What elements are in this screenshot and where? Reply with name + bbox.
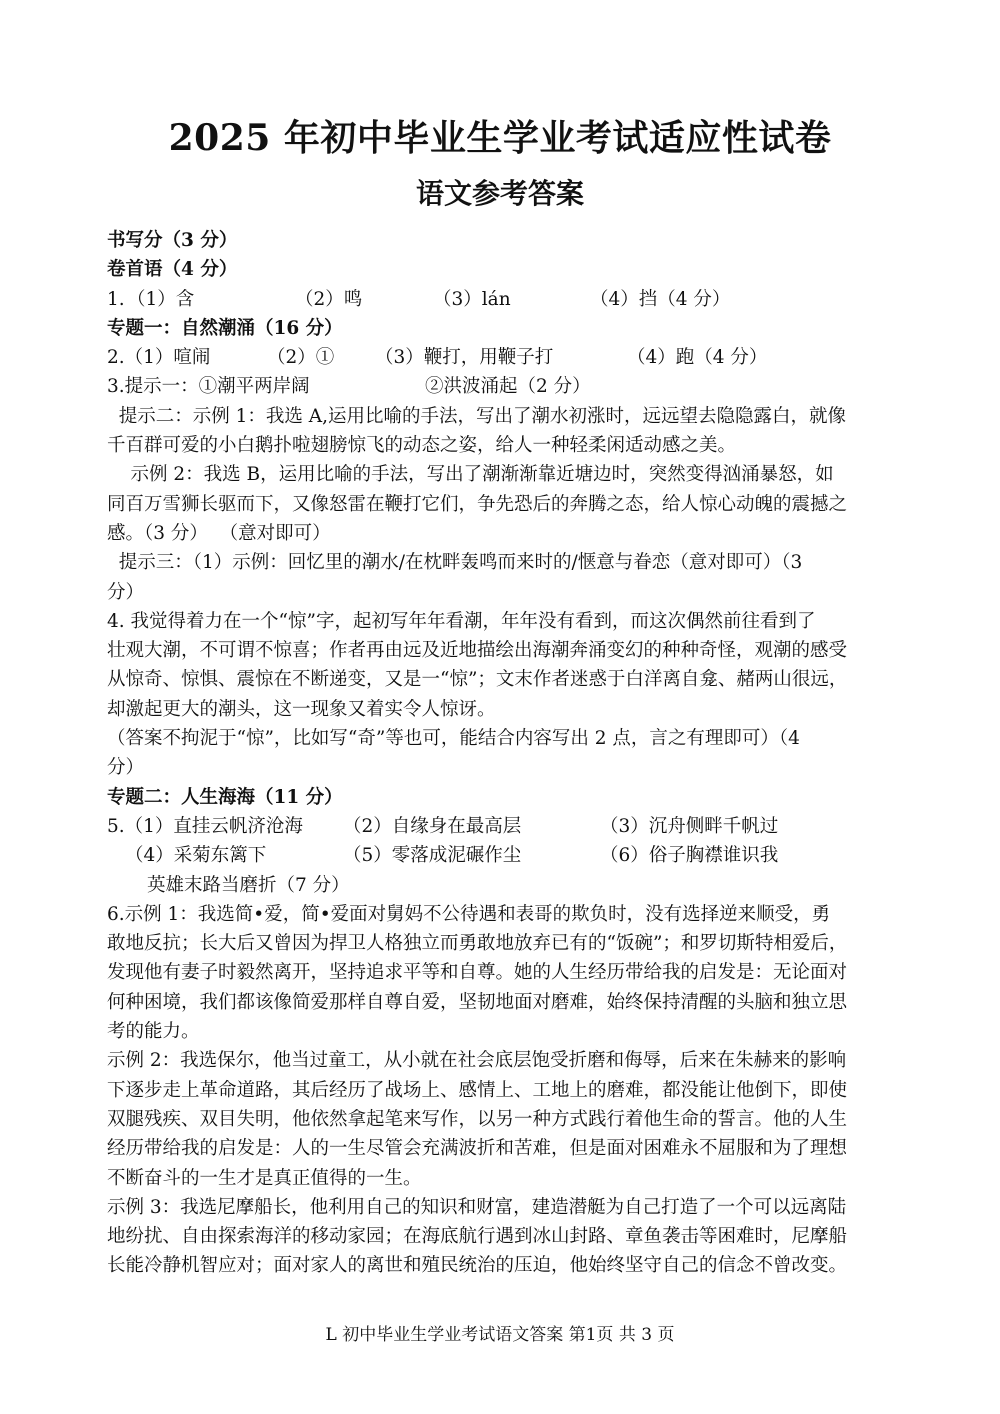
section-topic2: 专题二：人生海海（11 分） [107, 783, 895, 812]
q2-item-2: （2）① [267, 343, 334, 372]
q6-line: 何种困境，我们都该像简爱那样自尊自爱，坚韧地面对磨难，始终保持清醒的头脑和独立思 [107, 988, 895, 1017]
q4-line: （答案不拘泥于“惊”，比如写“奇”等也可，能结合内容写出 2 点，言之有理即可）… [107, 724, 895, 753]
q5-row-2: （4）采菊东篱下 （5）零落成泥碾作尘 （6）俗子胸襟谁识我 [107, 841, 895, 870]
q4-line: 从惊奇、惊惧、震惊在不断递变，又是一“惊”；文末作者迷惑于白洋离自龛、赭两山很远… [107, 665, 895, 694]
q4-line: 壮观大潮，不可谓不惊喜；作者再由远及近地描绘出海潮奔涌变幻的种种奇怪，观潮的感受 [107, 636, 895, 665]
q3-hint2-line: 同百万雪狮长驱而下，又像怒雷在鞭打它们，争先恐后的奔腾之态，给人惊心动魄的震撼之 [107, 490, 895, 519]
q2-item-1: 2.（1）喧闹 [107, 343, 210, 372]
q6-line: 长能冷静机智应对；面对家人的离世和殖民统治的压迫，他始终坚守自己的信念不曾改变。 [107, 1251, 895, 1280]
q1-item-2: （2）鸣 [295, 285, 362, 314]
q6-line: 示例 3：我选尼摩船长，他利用自己的知识和财富，建造潜艇为自己打造了一个可以远离… [107, 1193, 895, 1222]
q6-line: 6.示例 1：我选简•爱，简•爱面对舅妈不公待遇和表哥的欺负时，没有选择逆来顺受… [107, 900, 895, 929]
q6-example-3: 示例 3：我选尼摩船长，他利用自己的知识和财富，建造潜艇为自己打造了一个可以远离… [107, 1193, 895, 1281]
q3-hint3-line: 分） [107, 578, 895, 607]
q3-hint3-line: 提示三：（1）示例：回忆里的潮水/在枕畔轰鸣而来时的/惬意与眷恋（意对即可）（3 [107, 548, 895, 577]
document-subtitle: 语文参考答案 [0, 172, 1000, 212]
q5-row-3: 英雄末路当磨折（7 分） [107, 871, 895, 900]
q1-item-4: （4）挡（4 分） [590, 285, 730, 314]
q4-line: 4. 我觉得着力在一个“惊”字，起初写年年看潮，年年没有看到，而这次偶然前往看到… [107, 607, 895, 636]
q5-item: （4）采菊东篱下 [125, 841, 266, 870]
q6-line: 经历带给我的启发是：人的一生尽管会充满波折和苦难，但是面对困难永不屈服和为了理想 [107, 1134, 895, 1163]
q5-item: （3）沉舟侧畔千帆过 [600, 812, 778, 841]
q2-item-3: （3）鞭打，用鞭子打 [375, 343, 553, 372]
section-preface: 卷首语（4 分） [107, 255, 895, 284]
section-writing: 书写分（3 分） [107, 226, 895, 255]
q6-example-2: 示例 2：我选保尔，他当过童工，从小就在社会底层饱受折磨和侮辱，后来在朱赫来的影… [107, 1046, 895, 1192]
q2-row: 2.（1）喧闹 （2）① （3）鞭打，用鞭子打 （4）跑（4 分） [107, 343, 895, 372]
q2-item-4: （4）跑（4 分） [627, 343, 767, 372]
q6-example-1: 6.示例 1：我选简•爱，简•爱面对舅妈不公待遇和表哥的欺负时，没有选择逆来顺受… [107, 900, 895, 1046]
q5-item: （5）零落成泥碾作尘 [343, 841, 521, 870]
q1-label: 1. [107, 285, 125, 314]
q3-hint1-row: 3.提示一：①潮平两岸阔 ②洪波涌起（2 分） [107, 372, 895, 401]
document-title: 2025 年初中毕业生学业考试适应性试卷 [0, 110, 1000, 161]
q6-line: 双腿残疾、双目失明，他依然拿起笔来写作，以另一种方式践行着他生命的誓言。他的人生 [107, 1105, 895, 1134]
q6-line: 发现他有妻子时毅然离开，坚持追求平等和自尊。她的人生经历带给我的启发是：无论面对 [107, 958, 895, 987]
q5-item: （6）俗子胸襟谁识我 [600, 841, 778, 870]
q4-line: 分） [107, 753, 895, 782]
q4-answer: 4. 我觉得着力在一个“惊”字，起初写年年看潮，年年没有看到，而这次偶然前往看到… [107, 607, 895, 783]
q6-line: 不断奋斗的一生才是真正值得的一生。 [107, 1164, 895, 1193]
q3-hint1-a: 3.提示一：①潮平两岸阔 [107, 372, 310, 401]
q3-hint3: 提示三：（1）示例：回忆里的潮水/在枕畔轰鸣而来时的/惬意与眷恋（意对即可）（3… [107, 548, 895, 607]
q3-hint1-b: ②洪波涌起（2 分） [425, 372, 591, 401]
q6-line: 示例 2：我选保尔，他当过童工，从小就在社会底层饱受折磨和侮辱，后来在朱赫来的影… [107, 1046, 895, 1075]
q5-row-1: 5.（1）直挂云帆济沧海 （2）自缘身在最高层 （3）沉舟侧畔千帆过 [107, 812, 895, 841]
page-footer: L 初中毕业生学业考试语文答案 第1页 共 3 页 [0, 1320, 1000, 1345]
q6-line: 下逐步走上革命道路，其后经历了战场上、感情上、工地上的磨难，都没能让他倒下，即使 [107, 1076, 895, 1105]
q4-line: 却激起更大的潮头，这一现象又着实令人惊讶。 [107, 695, 895, 724]
q5-item: （2）自缘身在最高层 [343, 812, 521, 841]
q6-line: 敢地反抗；长大后又曾因为捍卫人格独立而勇敢地放弃已有的“饭碗”；和罗切斯特相爱后… [107, 929, 895, 958]
q6-line: 地纷扰、自由探索海洋的移动家园；在海底航行遇到冰山封路、章鱼袭击等困难时，尼摩船 [107, 1222, 895, 1251]
q6-line: 考的能力。 [107, 1017, 895, 1046]
q3-hint2-line: 千百群可爱的小白鹅扑啦翅膀惊飞的动态之姿，给人一种轻柔闲适动感之美。 [107, 431, 895, 460]
q1-item-3: （3）lán [433, 285, 511, 314]
q3-hint2-line: 提示二：示例 1：我选 A,运用比喻的手法，写出了潮水初涨时，远远望去隐隐露白，… [107, 402, 895, 431]
section-topic1: 专题一：自然潮涌（16 分） [107, 314, 895, 343]
q5-item: 英雄末路当磨折（7 分） [147, 871, 350, 900]
answer-content: 书写分（3 分） 卷首语（4 分） 1. （1）含 （2）鸣 （3）lán （4… [107, 226, 895, 1281]
q3-hint2-line: 感。（3 分） （意对即可） [107, 519, 895, 548]
q1-item-1: （1）含 [127, 285, 194, 314]
q3-hint2-line: 示例 2：我选 B，运用比喻的手法，写出了潮渐渐靠近塘边时，突然变得汹涌暴怒，如 [107, 460, 895, 489]
q1-row: 1. （1）含 （2）鸣 （3）lán （4）挡（4 分） [107, 285, 895, 314]
q3-hint2: 提示二：示例 1：我选 A,运用比喻的手法，写出了潮水初涨时，远远望去隐隐露白，… [107, 402, 895, 548]
q5-item: 5.（1）直挂云帆济沧海 [107, 812, 303, 841]
